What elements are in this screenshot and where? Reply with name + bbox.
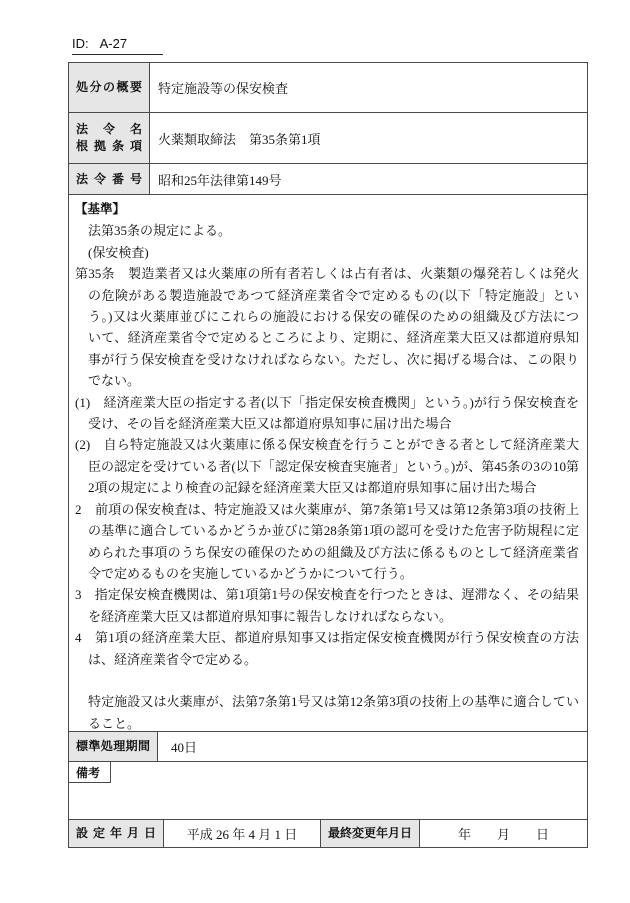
kijun-paragraph: 4 第1項の経済産業大臣、都道府県知事又は指定保安検査機関が行う保安検査の方法は… (75, 627, 579, 670)
disposition-label-cell: 処分の概要 (69, 63, 150, 112)
law-name-label-line2: 根拠条項 (76, 138, 142, 155)
criteria-heading: 【基準】 (75, 199, 579, 220)
table-row-remarks: 備考 (69, 762, 587, 820)
law-name-label-cell: 法令名 根拠条項 (69, 113, 150, 163)
table-row-law-name: 法令名 根拠条項 火薬類取締法 第35条第1項 (69, 113, 587, 164)
remarks-label: 備考 (76, 764, 100, 781)
id-label: ID: (72, 36, 89, 51)
modified-date-label: 最終変更年月日 (328, 825, 412, 842)
disposition-table: 処分の概要 特定施設等の保安検査 法令名 根拠条項 火薬類取締法 第35条第1項… (68, 62, 588, 848)
set-date-label-cell: 設定年月日 (69, 820, 164, 847)
set-date-label: 設定年月日 (76, 825, 156, 842)
law-name-label-line1: 法令名 (76, 121, 142, 138)
document-id: ID:A-27 (72, 36, 163, 55)
processing-period-label-cell: 標準処理期間 (69, 732, 158, 761)
kijun-paragraph: 2 前項の保安検査は、特定施設又は火薬庫が、第7条第1号又は第12条第3項の技術… (75, 499, 579, 585)
criteria-cell: 【基準】 法第35条の規定による。(保安検査)第35条 製造業者又は火薬庫の所有… (69, 195, 587, 731)
remarks-label-cell: 備考 (69, 762, 111, 783)
kijun-paragraph (75, 670, 579, 691)
processing-period-label: 標準処理期間 (76, 738, 150, 755)
law-number-value: 昭和25年法律第149号 (150, 164, 587, 194)
law-name-value: 火薬類取締法 第35条第1項 (150, 113, 587, 163)
modified-date-value: 年 月 日 (420, 820, 587, 847)
kijun-paragraph: (保安検査) (88, 242, 579, 263)
law-number-label-cell: 法令番号 (69, 164, 150, 194)
kijun-paragraph: 特定施設又は火薬庫が、法第7条第1号又は第12条第3項の技術上の基準に適合してい… (88, 691, 579, 731)
remarks-value (69, 762, 587, 819)
kijun-paragraph: 第35条 製造業者又は火薬庫の所有者若しくは占有者は、火薬類の爆発若しくは発火の… (75, 263, 579, 391)
table-row-disposition: 処分の概要 特定施設等の保安検査 (69, 63, 587, 113)
disposition-label: 処分の概要 (76, 79, 142, 96)
table-row-processing-period: 標準処理期間 40日 (69, 732, 587, 762)
set-date-value: 平成 26 年 4 月 1 日 (164, 820, 321, 847)
id-value: A-27 (100, 36, 127, 51)
kijun-paragraphs: 法第35条の規定による。(保安検査)第35条 製造業者又は火薬庫の所有者若しくは… (75, 220, 579, 731)
table-row-law-number: 法令番号 昭和25年法律第149号 (69, 164, 587, 195)
kijun-paragraph: (2) 自ら特定施設又は火薬庫に係る保安検査を行うことができる者として経済産業大… (75, 434, 579, 498)
law-number-label: 法令番号 (76, 171, 142, 188)
kijun-paragraph: 法第35条の規定による。 (88, 220, 579, 241)
processing-period-value: 40日 (158, 732, 587, 761)
table-row-dates: 設定年月日 平成 26 年 4 月 1 日 最終変更年月日 年 月 日 (69, 820, 587, 847)
kijun-paragraph: 3 指定保安検査機関は、第1項第1号の保安検査を行つたときは、遅滞なく、その結果… (75, 584, 579, 627)
table-row-criteria: 【基準】 法第35条の規定による。(保安検査)第35条 製造業者又は火薬庫の所有… (69, 195, 587, 732)
kijun-paragraph: (1) 経済産業大臣の指定する者(以下「指定保安検査機関」という。)が行う保安検… (75, 392, 579, 435)
modified-date-label-cell: 最終変更年月日 (321, 820, 420, 847)
disposition-value: 特定施設等の保安検査 (150, 63, 587, 112)
document-page: ID:A-27 処分の概要 特定施設等の保安検査 法令名 根拠条項 火薬類取締法… (0, 0, 630, 903)
